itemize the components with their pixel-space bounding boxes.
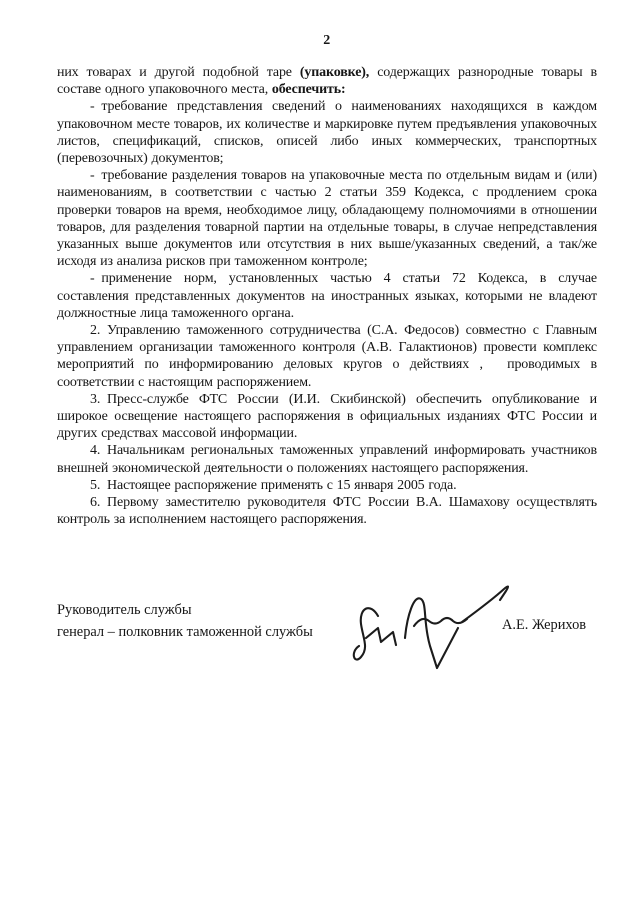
- item-6-control: 6. Первому заместителю руководителя ФТС …: [57, 494, 597, 528]
- paragraph-text-bold: обеспечить:: [272, 82, 346, 97]
- page-number: 2: [57, 33, 597, 49]
- paragraph-continuation: них товарах и другой подобной таре (упак…: [57, 64, 597, 98]
- item-2-customs-cooperation: 2. Управлению таможенного сотрудничества…: [57, 322, 597, 391]
- document-body: них товарах и другой подобной таре (упак…: [57, 64, 597, 528]
- item-3-press-service: 3. Пресс-службе ФТС России (И.И. Скибинс…: [57, 391, 597, 443]
- bullet-goods-separation: - требование разделения товаров на упако…: [57, 167, 597, 270]
- signatory-position-line2: генерал – полковник таможенной службы: [57, 622, 313, 644]
- paragraph-text: них товарах и другой подобной таре: [57, 65, 300, 80]
- paragraph-text-bold: (упаковке),: [300, 65, 369, 80]
- item-5-effective-date: 5. Настоящее распоряжение применять с 15…: [57, 477, 597, 494]
- bullet-foreign-language-norms: - применение норм, установленных частью …: [57, 270, 597, 322]
- document-page: 2 них товарах и другой подобной таре (уп…: [0, 0, 640, 900]
- signature-block: Руководитель службы генерал – полковник …: [0, 578, 640, 700]
- handwritten-signature-icon: [350, 578, 515, 673]
- item-4-regional-departments: 4. Начальникам региональных таможенных у…: [57, 442, 597, 476]
- signatory-position-line1: Руководитель службы: [57, 600, 313, 622]
- signatory-position: Руководитель службы генерал – полковник …: [57, 600, 313, 643]
- signatory-name: А.Е. Жерихов: [502, 617, 586, 634]
- bullet-packing-documents: - требование представления сведений о на…: [57, 98, 597, 167]
